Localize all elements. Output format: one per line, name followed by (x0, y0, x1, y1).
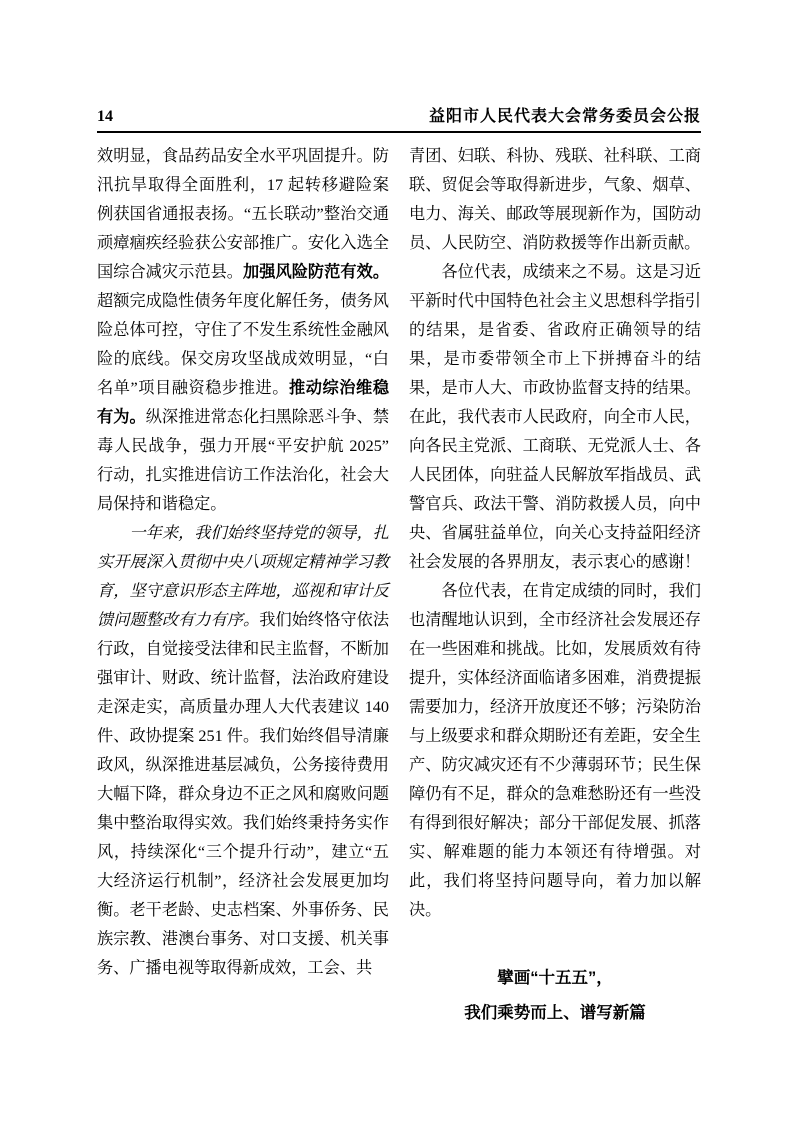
paragraph: 青团、妇联、科协、残联、社科联、工商联、贸促会等取得新进步，气象、烟草、电力、海… (409, 142, 701, 258)
text-run-normal: 各位代表，成绩来之不易。这是习近平新时代中国特色社会主义思想科学指引的结果，是省… (409, 263, 701, 571)
bulletin-page: 14 益阳市人民代表大会常务委员会公报 效明显，食品药品安全水平巩固提升。防汛抗… (0, 0, 794, 1122)
paragraph: 各位代表，成绩来之不易。这是习近平新时代中国特色社会主义思想科学指引的结果，是省… (409, 258, 701, 577)
paragraph: 各位代表，在肯定成绩的同时，我们也清醒地认识到，全市经济社会发展还存在一些困难和… (409, 577, 701, 925)
header-title: 益阳市人民代表大会常务委员会公报 (429, 108, 701, 126)
section-heading-line1: 擘画“十五五”， (409, 961, 701, 996)
page-number: 14 (97, 108, 113, 126)
text-run-normal: 我们始终恪守依法行政，自觉接受法律和民主监督，不断加强审计、财政、统计监督，法治… (97, 611, 389, 977)
page-header: 14 益阳市人民代表大会常务委员会公报 (97, 108, 701, 133)
text-run-normal: 各位代表，在肯定成绩的同时，我们也清醒地认识到，全市经济社会发展还存在一些困难和… (409, 582, 701, 919)
right-column: 青团、妇联、科协、残联、社科联、工商联、贸促会等取得新进步，气象、烟草、电力、海… (409, 142, 701, 1031)
page-content: 14 益阳市人民代表大会常务委员会公报 效明显，食品药品安全水平巩固提升。防汛抗… (97, 108, 701, 1031)
paragraph: 一年来，我们始终坚持党的领导，扎实开展深入贯彻中央八项规定精神学习教育，坚守意识… (97, 519, 389, 983)
left-column: 效明显，食品药品安全水平巩固提升。防汛抗旱取得全面胜利，17 起转移避险案例获国… (97, 142, 389, 1031)
section-heading: 擘画“十五五”，我们乘势而上、谱写新篇 (409, 961, 701, 1031)
section-heading-line2: 我们乘势而上、谱写新篇 (409, 996, 701, 1031)
text-run-bold: 加强风险防范有效。 (243, 263, 389, 281)
text-run-normal: 青团、妇联、科协、残联、社科联、工商联、贸促会等取得新进步，气象、烟草、电力、海… (409, 147, 701, 252)
text-run-normal: 效明显，食品药品安全水平巩固提升。防汛抗旱取得全面胜利，17 起转移避险案例获国… (97, 147, 389, 281)
paragraph: 效明显，食品药品安全水平巩固提升。防汛抗旱取得全面胜利，17 起转移避险案例获国… (97, 142, 389, 519)
two-column-body: 效明显，食品药品安全水平巩固提升。防汛抗旱取得全面胜利，17 起转移避险案例获国… (97, 142, 701, 1031)
